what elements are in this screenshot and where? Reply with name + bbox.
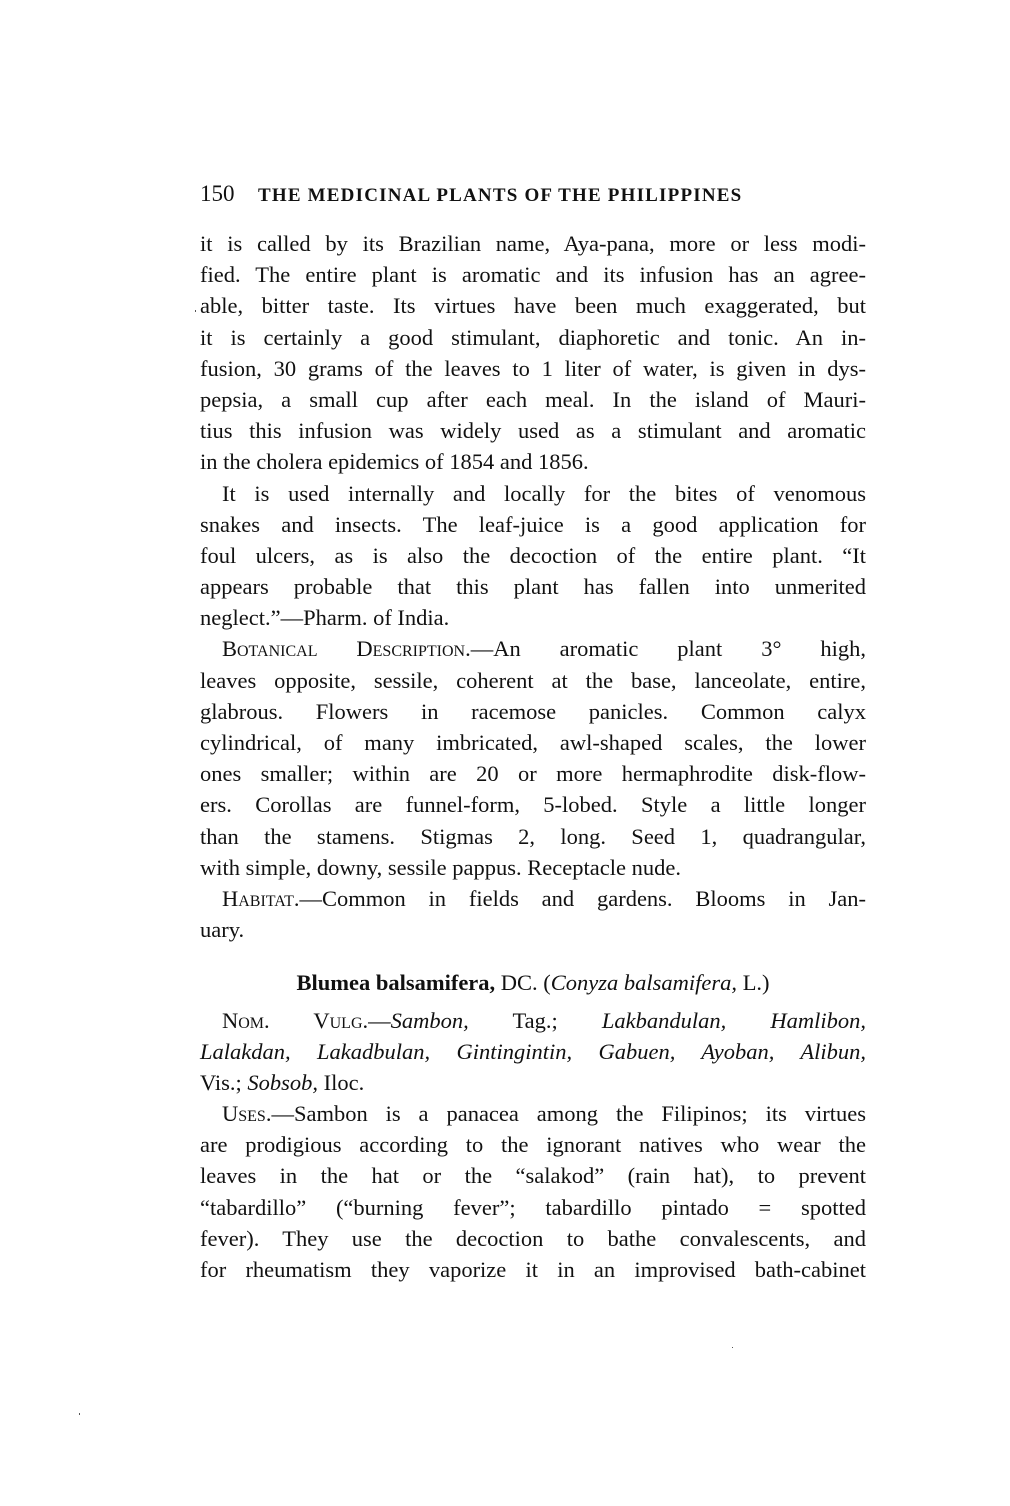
text-run: —Sambon is a panacea among the Filipinos… — [271, 1101, 866, 1126]
synonym-name: Conyza balsamifera, — [551, 970, 737, 995]
text-line: pepsia, a small cup after each meal. In … — [200, 384, 866, 415]
species-name: Blumea balsamifera, — [296, 970, 495, 995]
text-line: are prodigious according to the ignorant… — [200, 1129, 866, 1160]
text-line: Botanical Description.—An aromatic plant… — [200, 633, 866, 664]
text-line: Uses.—Sambon is a panacea among the Fili… — [200, 1098, 866, 1129]
species-title: Blumea balsamifera, DC. (Conyza balsamif… — [200, 967, 866, 998]
text-line: fusion, 30 grams of the leaves to 1 lite… — [200, 353, 866, 384]
habitat: Habitat.—Common in fields and gardens. B… — [200, 883, 866, 945]
text-line: cylindrical, of many imbricated, awl-sha… — [200, 727, 866, 758]
text-line: ers. Corollas are funnel-form, 5-lobed. … — [200, 789, 866, 820]
nom-vulg: Nom. Vulg.—Sambon, Tag.; Lakbandulan, Ha… — [200, 1005, 866, 1099]
text-run: Iloc. — [318, 1070, 364, 1095]
vernacular-name: Lakbandulan, — [602, 1008, 726, 1033]
scan-speck — [195, 310, 196, 312]
text-line: Nom. Vulg.—Sambon, Tag.; Lakbandulan, Ha… — [200, 1005, 866, 1036]
text-line: it is certainly a good stimulant, diapho… — [200, 322, 866, 353]
paragraph-aya-pana-uses: it is called by its Brazilian name, Aya-… — [200, 228, 866, 478]
running-header: 150 THE MEDICINAL PLANTS OF THE PHILIPPI… — [200, 181, 866, 209]
botanical-description: Botanical Description.—An aromatic plant… — [200, 633, 866, 883]
text-line: it is called by its Brazilian name, Aya-… — [200, 228, 866, 259]
text-line: uary. — [200, 914, 866, 945]
scan-speck — [79, 1413, 80, 1415]
vernacular-name: Sobsob, — [247, 1070, 318, 1095]
text-line: neglect.”—Pharm. of India. — [200, 602, 866, 633]
text-line: able, bitter taste. Its virtues have bee… — [200, 290, 866, 321]
text-run: Tag.; — [469, 1008, 602, 1033]
section-heading: Uses. — [222, 1101, 271, 1126]
text-run: —Common in fields and gardens. Blooms in… — [299, 886, 866, 911]
text-line: for rheumatism they vaporize it in an im… — [200, 1254, 866, 1285]
scan-speck — [732, 1347, 733, 1348]
text-line: in the cholera epidemics of 1854 and 185… — [200, 446, 866, 477]
text-line: fied. The entire plant is aromatic and i… — [200, 259, 866, 290]
vernacular-name: Hamlibon, — [770, 1008, 866, 1033]
section-heading: Habitat. — [222, 886, 299, 911]
text-line: “tabardillo” (“burning fever”; tabardill… — [200, 1192, 866, 1223]
text-run: — — [368, 1008, 391, 1033]
running-title: THE MEDICINAL PLANTS OF THE PHILIPPINES — [258, 185, 742, 206]
text-line: tius this infusion was widely used as a … — [200, 415, 866, 446]
text-line: Vis.; Sobsob, Iloc. — [200, 1067, 866, 1098]
text-line: foul ulcers, as is also the decoction of… — [200, 540, 866, 571]
section-gap — [200, 945, 866, 967]
species-heading: Blumea balsamifera, DC. (Conyza balsamif… — [200, 967, 866, 998]
text-line: Habitat.—Common in fields and gardens. B… — [200, 883, 866, 914]
text-run: —An aromatic plant 3° high, — [471, 636, 866, 661]
text-line: fever). They use the decoction to bathe … — [200, 1223, 866, 1254]
text-line: snakes and insects. The leaf-juice is a … — [200, 509, 866, 540]
text-line: appears probable that this plant has fal… — [200, 571, 866, 602]
section-heading: Nom. Vulg. — [222, 1008, 368, 1033]
text-run: Vis.; — [200, 1070, 247, 1095]
section-heading: Botanical Description. — [222, 636, 471, 661]
text-run — [726, 1008, 770, 1033]
species-author: DC. ( — [495, 970, 551, 995]
paragraph-local-use: It is used internally and locally for th… — [200, 478, 866, 634]
text-line: with simple, downy, sessile pappus. Rece… — [200, 852, 866, 883]
page-number: 150 — [200, 181, 235, 206]
vernacular-name: Sambon, — [391, 1008, 469, 1033]
uses: Uses.—Sambon is a panacea among the Fili… — [200, 1098, 866, 1285]
text-line: leaves opposite, sessile, coherent at th… — [200, 665, 866, 696]
text-line: Lalakdan, Lakadbulan, Gintingintin, Gabu… — [200, 1036, 866, 1067]
page-body: it is called by its Brazilian name, Aya-… — [200, 228, 866, 1285]
text-line: ones smaller; within are 20 or more herm… — [200, 758, 866, 789]
text-line: glabrous. Flowers in racemose panicles. … — [200, 696, 866, 727]
text-line: leaves in the hat or the “salakod” (rain… — [200, 1160, 866, 1191]
synonym-author: L.) — [737, 970, 770, 995]
text-line: than the stamens. Stigmas 2, long. Seed … — [200, 821, 866, 852]
text-line: It is used internally and locally for th… — [200, 478, 866, 509]
